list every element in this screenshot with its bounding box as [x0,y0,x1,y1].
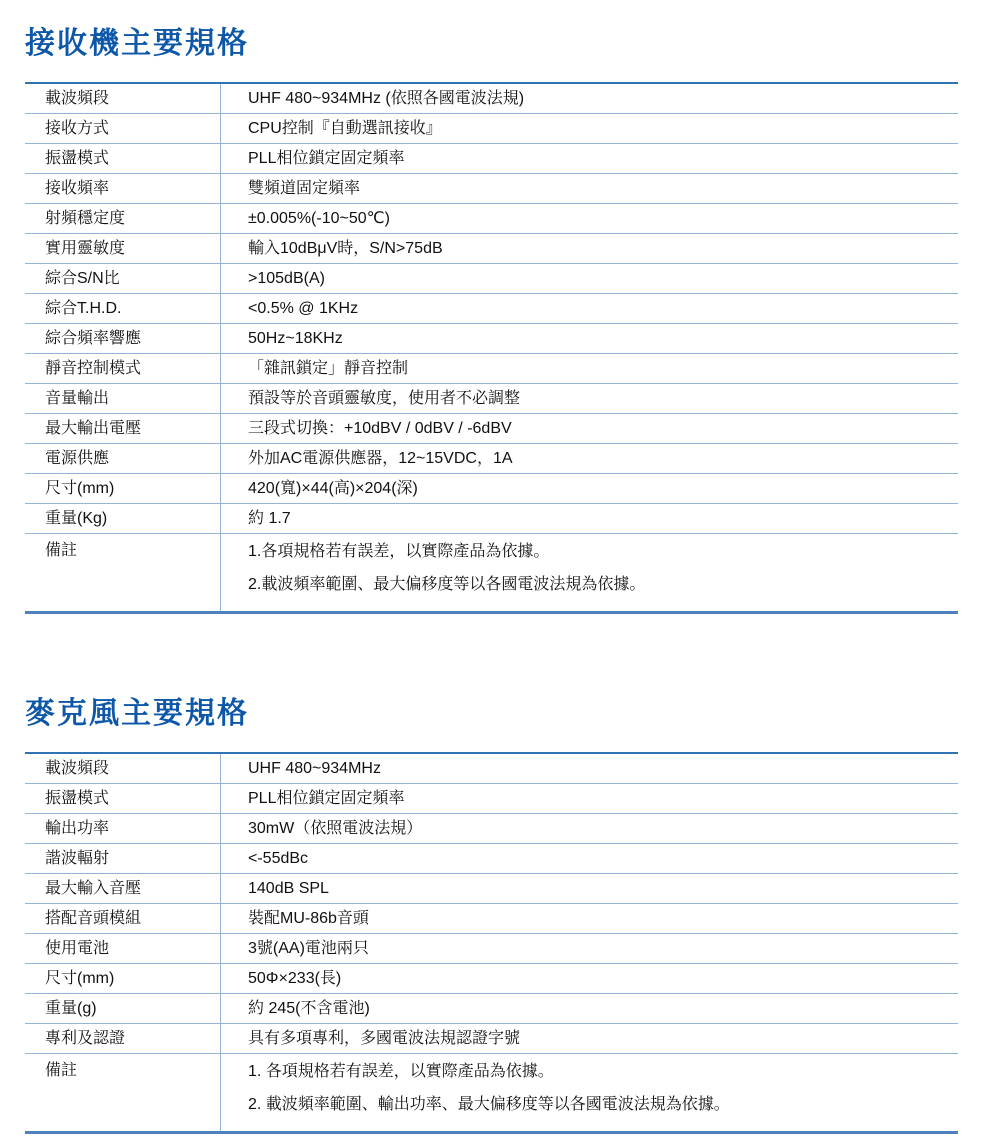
spec-label: 專利及認證 [25,1024,221,1053]
spec-row: 最大輸入音壓140dB SPL [25,874,958,904]
spec-value: <0.5% @ 1KHz [221,294,958,323]
spec-value: 雙頻道固定頻率 [221,174,958,203]
spec-value: UHF 480~934MHz (依照各國電波法規) [221,84,958,113]
spec-label: 備註 [25,534,221,611]
spec-row: 使用電池3號(AA)電池兩只 [25,934,958,964]
spec-label: 尺寸(mm) [25,474,221,503]
spec-row: 尺寸(mm)420(寬)×44(高)×204(深) [25,474,958,504]
section-title-microphone: 麥克風主要規格 [25,696,958,732]
spec-row: 備註1. 各項規格若有誤差，以實際產品為依據。2. 載波頻率範圍、輸出功率、最大… [25,1054,958,1131]
spec-row: 實用靈敏度輸入10dBμV時，S/N>75dB [25,234,958,264]
spec-label: 接收方式 [25,114,221,143]
spec-row: 重量(g)約 245(不含電池) [25,994,958,1024]
spec-value: <-55dBc [221,844,958,873]
spec-label: 重量(g) [25,994,221,1023]
spec-row: 最大輸出電壓三段式切換：+10dBV / 0dBV / -6dBV [25,414,958,444]
spec-row: 接收方式CPU控制『自動選訊接收』 [25,114,958,144]
spec-value-line: 1. 各項規格若有誤差，以實際產品為依據。 [248,1055,958,1088]
spec-value: PLL相位鎖定固定頻率 [221,144,958,173]
spec-value: 50Φ×233(長) [221,964,958,993]
spec-row: 電源供應外加AC電源供應器，12~15VDC，1A [25,444,958,474]
spec-label: 載波頻段 [25,84,221,113]
spec-row: 重量(Kg)約 1.7 [25,504,958,534]
spec-row: 靜音控制模式「雜訊鎖定」靜音控制 [25,354,958,384]
spec-label: 綜合S/N比 [25,264,221,293]
spec-row: 接收頻率雙頻道固定頻率 [25,174,958,204]
spec-label: 音量輸出 [25,384,221,413]
spec-value: ±0.005%(-10~50℃) [221,204,958,233]
spec-label: 振盪模式 [25,144,221,173]
spec-label: 實用靈敏度 [25,234,221,263]
spec-value: UHF 480~934MHz [221,754,958,783]
spec-value: 約 245(不含電池) [221,994,958,1023]
receiver-spec-table: 載波頻段UHF 480~934MHz (依照各國電波法規)接收方式CPU控制『自… [25,82,958,614]
spec-value: 約 1.7 [221,504,958,533]
section-title-receiver: 接收機主要規格 [25,26,958,62]
spec-label: 載波頻段 [25,754,221,783]
spec-row: 振盪模式PLL相位鎖定固定頻率 [25,784,958,814]
spec-row: 備註1.各項規格若有誤差，以實際產品為依據。2.載波頻率範圍、最大偏移度等以各國… [25,534,958,611]
spec-value: 預設等於音頭靈敏度，使用者不必調整 [221,384,958,413]
spec-value-line: 2.載波頻率範圍、最大偏移度等以各國電波法規為依據。 [248,568,958,601]
spec-row: 專利及認證具有多項專利，多國電波法規認證字號 [25,1024,958,1054]
spec-row: 載波頻段UHF 480~934MHz [25,754,958,784]
spec-value: 輸入10dBμV時，S/N>75dB [221,234,958,263]
spec-label: 輸出功率 [25,814,221,843]
spec-value: 「雜訊鎖定」靜音控制 [221,354,958,383]
spec-value: >105dB(A) [221,264,958,293]
spec-value: PLL相位鎖定固定頻率 [221,784,958,813]
spec-label: 電源供應 [25,444,221,473]
spec-row: 綜合S/N比>105dB(A) [25,264,958,294]
spec-value: 1.各項規格若有誤差，以實際產品為依據。2.載波頻率範圍、最大偏移度等以各國電波… [221,534,958,611]
spec-label: 尺寸(mm) [25,964,221,993]
spec-label: 最大輸出電壓 [25,414,221,443]
spec-label: 振盪模式 [25,784,221,813]
spec-row: 綜合頻率響應50Hz~18KHz [25,324,958,354]
spec-value: 140dB SPL [221,874,958,903]
spec-sheet-page: 接收機主要規格 載波頻段UHF 480~934MHz (依照各國電波法規)接收方… [0,0,984,1134]
spec-row: 振盪模式PLL相位鎖定固定頻率 [25,144,958,174]
spec-value: 外加AC電源供應器，12~15VDC，1A [221,444,958,473]
spec-value-line: 1.各項規格若有誤差，以實際產品為依據。 [248,535,958,568]
spec-value: 3號(AA)電池兩只 [221,934,958,963]
spec-row: 綜合T.H.D.<0.5% @ 1KHz [25,294,958,324]
spec-value: 三段式切換：+10dBV / 0dBV / -6dBV [221,414,958,443]
spec-row: 音量輸出預設等於音頭靈敏度，使用者不必調整 [25,384,958,414]
spec-row: 尺寸(mm)50Φ×233(長) [25,964,958,994]
spec-value: 裝配MU-86b音頭 [221,904,958,933]
microphone-spec-table: 載波頻段UHF 480~934MHz振盪模式PLL相位鎖定固定頻率輸出功率30m… [25,752,958,1134]
spec-row: 諧波輻射<-55dBc [25,844,958,874]
spec-value: 30mW（依照電波法規） [221,814,958,843]
spec-label: 射頻穩定度 [25,204,221,233]
spec-label: 諧波輻射 [25,844,221,873]
spec-label: 最大輸入音壓 [25,874,221,903]
section-receiver: 接收機主要規格 載波頻段UHF 480~934MHz (依照各國電波法規)接收方… [25,26,958,614]
spec-value: CPU控制『自動選訊接收』 [221,114,958,143]
spec-row: 射頻穩定度±0.005%(-10~50℃) [25,204,958,234]
section-microphone: 麥克風主要規格 載波頻段UHF 480~934MHz振盪模式PLL相位鎖定固定頻… [25,696,958,1134]
spec-label: 備註 [25,1054,221,1131]
spec-label: 接收頻率 [25,174,221,203]
spec-value: 420(寬)×44(高)×204(深) [221,474,958,503]
spec-row: 載波頻段UHF 480~934MHz (依照各國電波法規) [25,84,958,114]
spec-label: 搭配音頭模組 [25,904,221,933]
spec-label: 綜合頻率響應 [25,324,221,353]
spec-label: 使用電池 [25,934,221,963]
spec-value: 具有多項專利，多國電波法規認證字號 [221,1024,958,1053]
spec-row: 搭配音頭模組裝配MU-86b音頭 [25,904,958,934]
spec-row: 輸出功率30mW（依照電波法規） [25,814,958,844]
spec-label: 綜合T.H.D. [25,294,221,323]
spec-label: 靜音控制模式 [25,354,221,383]
spec-value: 1. 各項規格若有誤差，以實際產品為依據。2. 載波頻率範圍、輸出功率、最大偏移… [221,1054,958,1131]
spec-value-line: 2. 載波頻率範圍、輸出功率、最大偏移度等以各國電波法規為依據。 [248,1088,958,1121]
spec-value: 50Hz~18KHz [221,324,958,353]
spec-label: 重量(Kg) [25,504,221,533]
